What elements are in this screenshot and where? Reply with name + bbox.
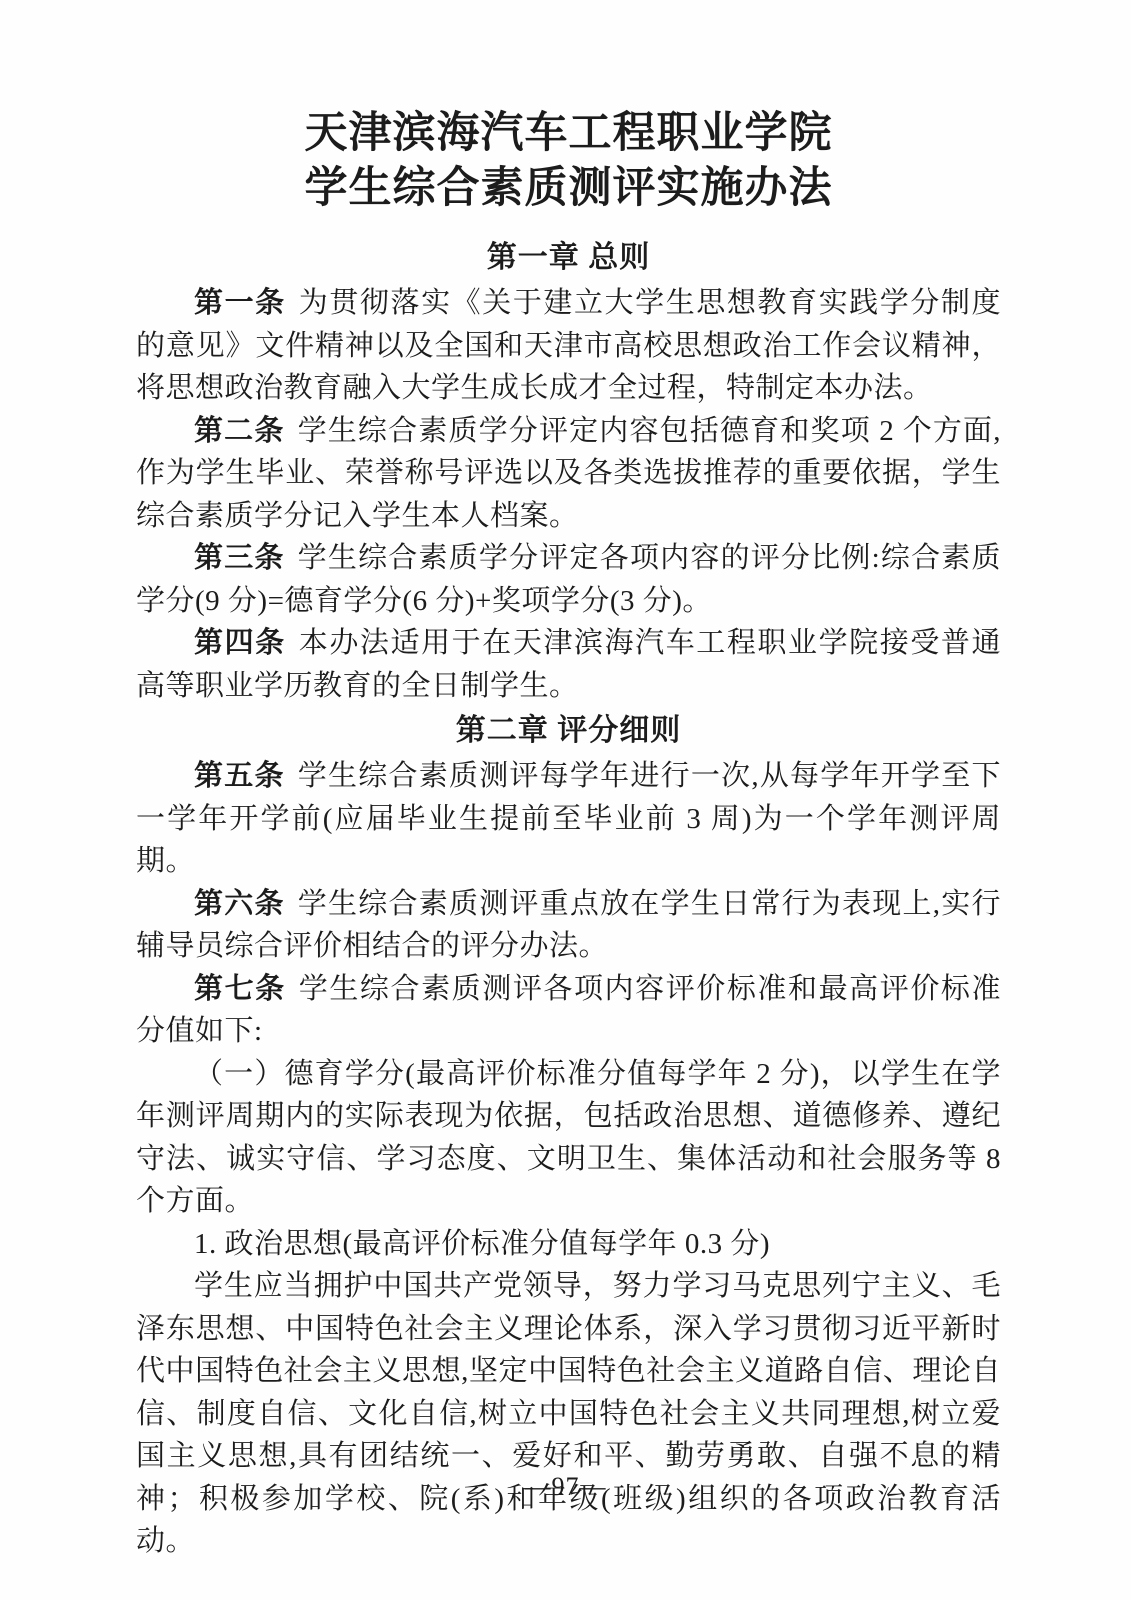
article-6-label: 第六条 <box>194 888 285 920</box>
article-4-paragraph: 第四条本办法适用于在天津滨海汽车工程职业学院接受普通高等职业学历教育的全日制学生… <box>136 622 1001 707</box>
chapter-1-heading: 第一章 总则 <box>136 234 1001 282</box>
sub-item-1-political-thought-heading: 1. 政治思想(最高评价标准分值每学年 0.3 分) <box>136 1223 1001 1266</box>
page-number: —97— <box>0 1472 1131 1502</box>
sub-item-1-political-thought-text: 1. 政治思想(最高评价标准分值每学年 0.3 分) <box>194 1228 770 1260</box>
article-7-label: 第七条 <box>194 973 286 1005</box>
article-7-paragraph: 第七条学生综合素质测评各项内容评价标准和最高评价标准分值如下: <box>136 968 1001 1053</box>
article-1-label: 第一条 <box>194 287 286 319</box>
document-title: 天津滨海汽车工程职业学院 学生综合素质测评实施办法 <box>136 106 1001 216</box>
article-1-paragraph: 第一条为贯彻落实《关于建立大学生思想教育实践学分制度的意见》文件精神以及全国和天… <box>136 282 1001 410</box>
political-thought-detail-text: 学生应当拥护中国共产党领导，努力学习马克思列宁主义、毛泽东思想、中国特色社会主义… <box>136 1270 1001 1557</box>
article-4-label: 第四条 <box>194 627 286 659</box>
article-2-label: 第二条 <box>194 415 285 447</box>
article-3-paragraph: 第三条学生综合素质学分评定各项内容的评分比例:综合素质学分(9 分)=德育学分(… <box>136 537 1001 622</box>
item-1-moral-credit-paragraph: （一）德育学分(最高评价标准分值每学年 2 分)，以学生在学年测评周期内的实际表… <box>136 1053 1001 1223</box>
document-title-line-1: 天津滨海汽车工程职业学院 <box>136 106 1001 161</box>
article-2-paragraph: 第二条学生综合素质学分评定内容包括德育和奖项 2 个方面,作为学生毕业、荣誉称号… <box>136 410 1001 538</box>
document-title-line-2: 学生综合素质测评实施办法 <box>136 161 1001 216</box>
item-1-moral-credit-text: （一）德育学分(最高评价标准分值每学年 2 分)，以学生在学年测评周期内的实际表… <box>136 1058 1001 1218</box>
chapter-2-heading: 第二章 评分细则 <box>136 707 1001 755</box>
article-6-paragraph: 第六条学生综合素质测评重点放在学生日常行为表现上,实行辅导员综合评价相结合的评分… <box>136 883 1001 968</box>
article-5-label: 第五条 <box>194 760 285 792</box>
article-5-paragraph: 第五条学生综合素质测评每学年进行一次,从每学年开学至下一学年开学前(应届毕业生提… <box>136 755 1001 883</box>
article-3-label: 第三条 <box>194 542 285 574</box>
document-page: 天津滨海汽车工程职业学院 学生综合素质测评实施办法 第一章 总则 第一条为贯彻落… <box>0 0 1131 1600</box>
political-thought-detail-paragraph: 学生应当拥护中国共产党领导，努力学习马克思列宁主义、毛泽东思想、中国特色社会主义… <box>136 1265 1001 1563</box>
